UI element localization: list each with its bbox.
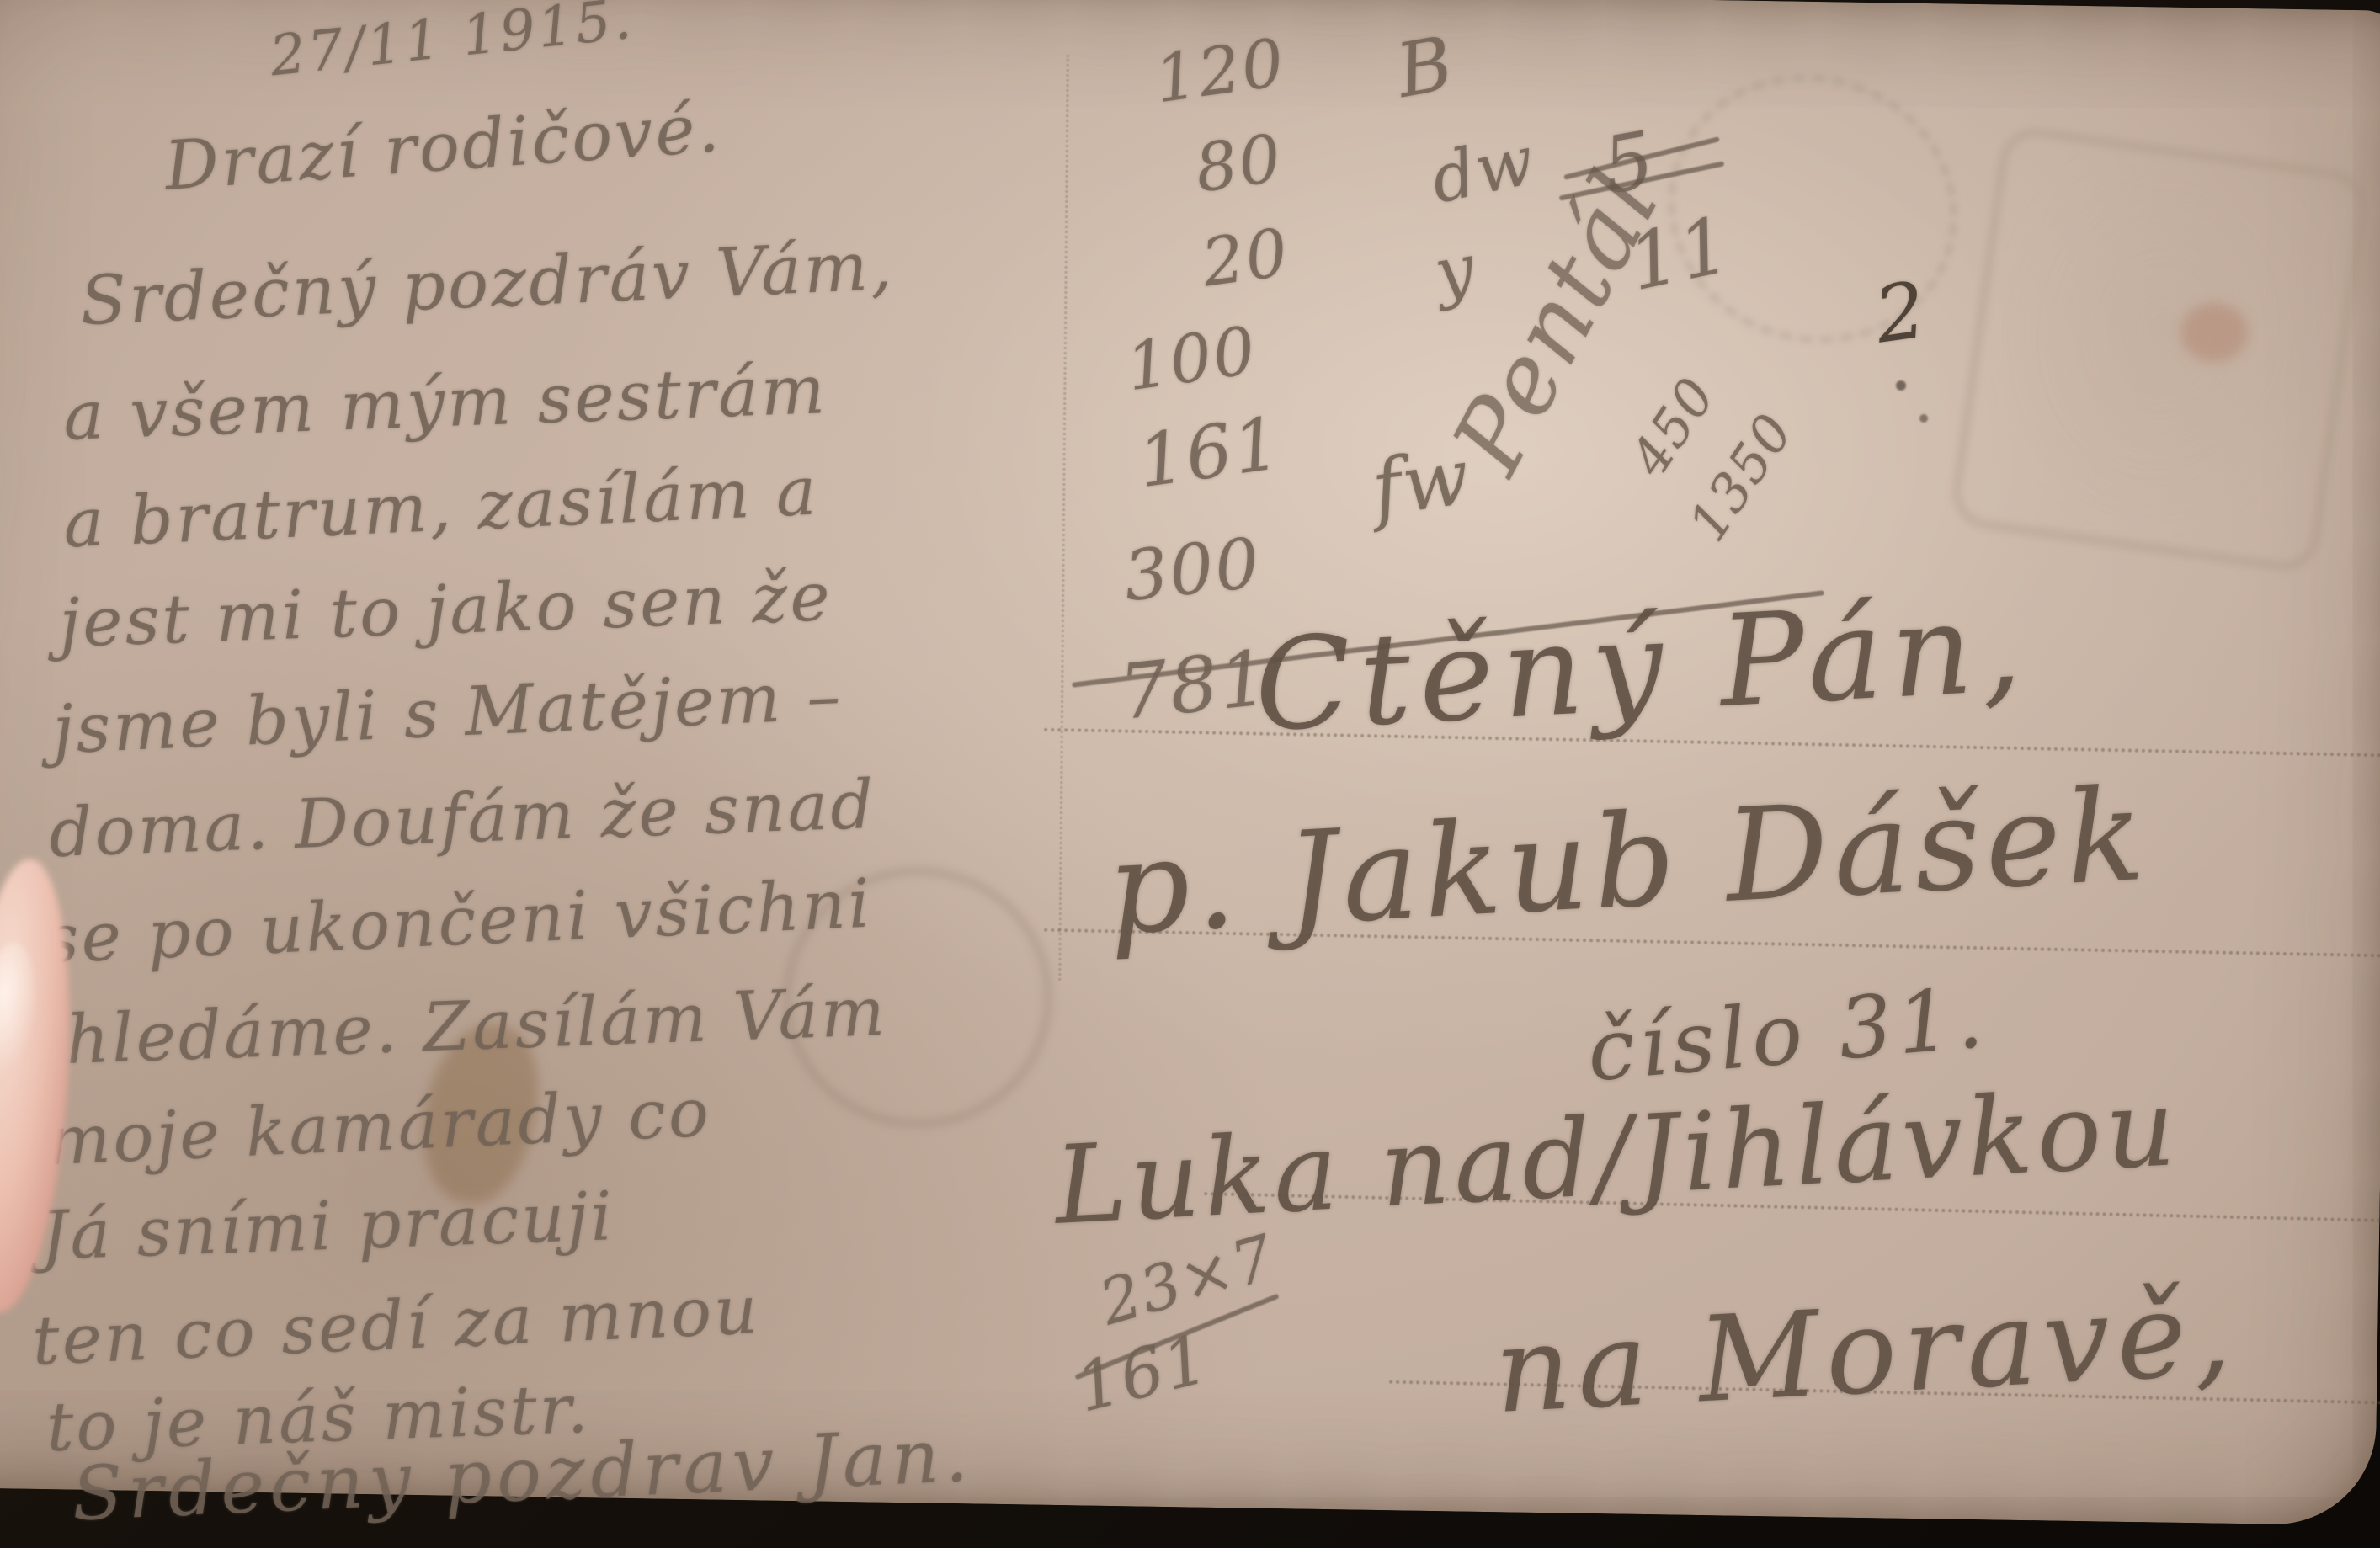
pencil-dot	[1896, 380, 1906, 391]
stamp-outline	[1948, 124, 2372, 576]
sum-total: 781	[1115, 634, 1274, 737]
rust-stain	[2180, 303, 2248, 362]
sum-value: 300	[1120, 524, 1265, 617]
sum-value: 80	[1190, 120, 1287, 207]
pencil-dot	[1919, 414, 1928, 423]
sum-value: 20	[1197, 215, 1294, 301]
postcard-photo: 27/11 1915. Drazí rodičové. Srdečný pozd…	[0, 0, 2380, 1548]
